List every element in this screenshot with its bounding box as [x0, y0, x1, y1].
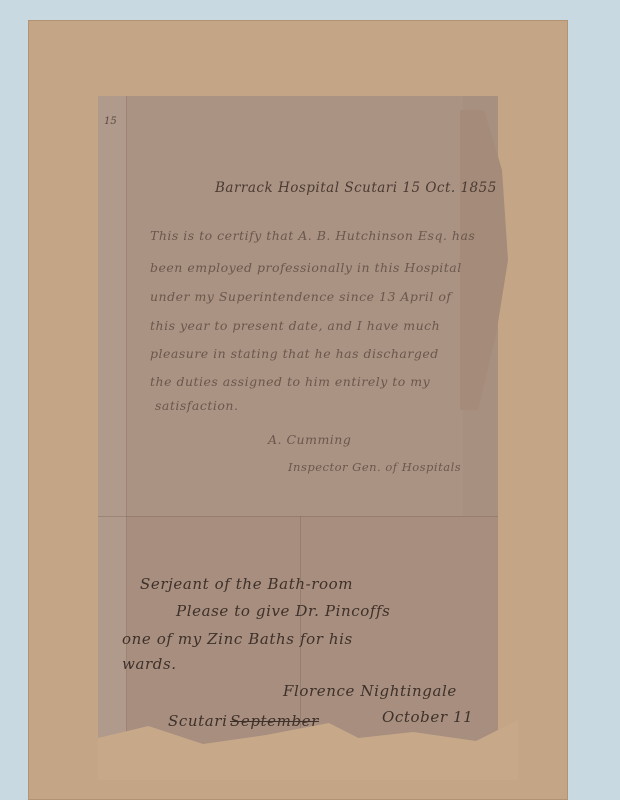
- certificate-line: satisfaction.: [155, 398, 238, 413]
- certificate-line: pleasure in stating that he has discharg…: [150, 346, 439, 361]
- note-line: one of my Zinc Baths for his: [122, 630, 353, 648]
- date-prefix: Scutari: [168, 712, 227, 730]
- certificate-line: This is to certify that A. B. Hutchinson…: [150, 228, 475, 243]
- signature-title: Inspector Gen. of Hospitals: [288, 460, 461, 474]
- note-line: Serjeant of the Bath-room: [140, 575, 353, 593]
- note-line: wards.: [122, 655, 177, 673]
- date-month: October 11: [382, 708, 473, 726]
- note-line: Please to give Dr. Pincoffs: [176, 602, 390, 620]
- certificate-line: the duties assigned to him entirely to m…: [150, 374, 430, 389]
- certificate-heading: Barrack Hospital Scutari 15 Oct. 1855: [215, 180, 497, 196]
- fold-line-horizontal: [98, 516, 498, 517]
- certificate-line: been employed professionally in this Hos…: [150, 260, 462, 275]
- corner-number: 15: [104, 116, 117, 127]
- certificate-line: this year to present date, and I have mu…: [150, 318, 440, 333]
- certificate-section: [98, 96, 463, 516]
- signature-name: A. Cumming: [268, 432, 351, 447]
- struck-month: September: [230, 712, 319, 730]
- note-signature: Florence Nightingale: [283, 682, 457, 700]
- certificate-line: under my Superintendence since 13 April …: [150, 289, 452, 304]
